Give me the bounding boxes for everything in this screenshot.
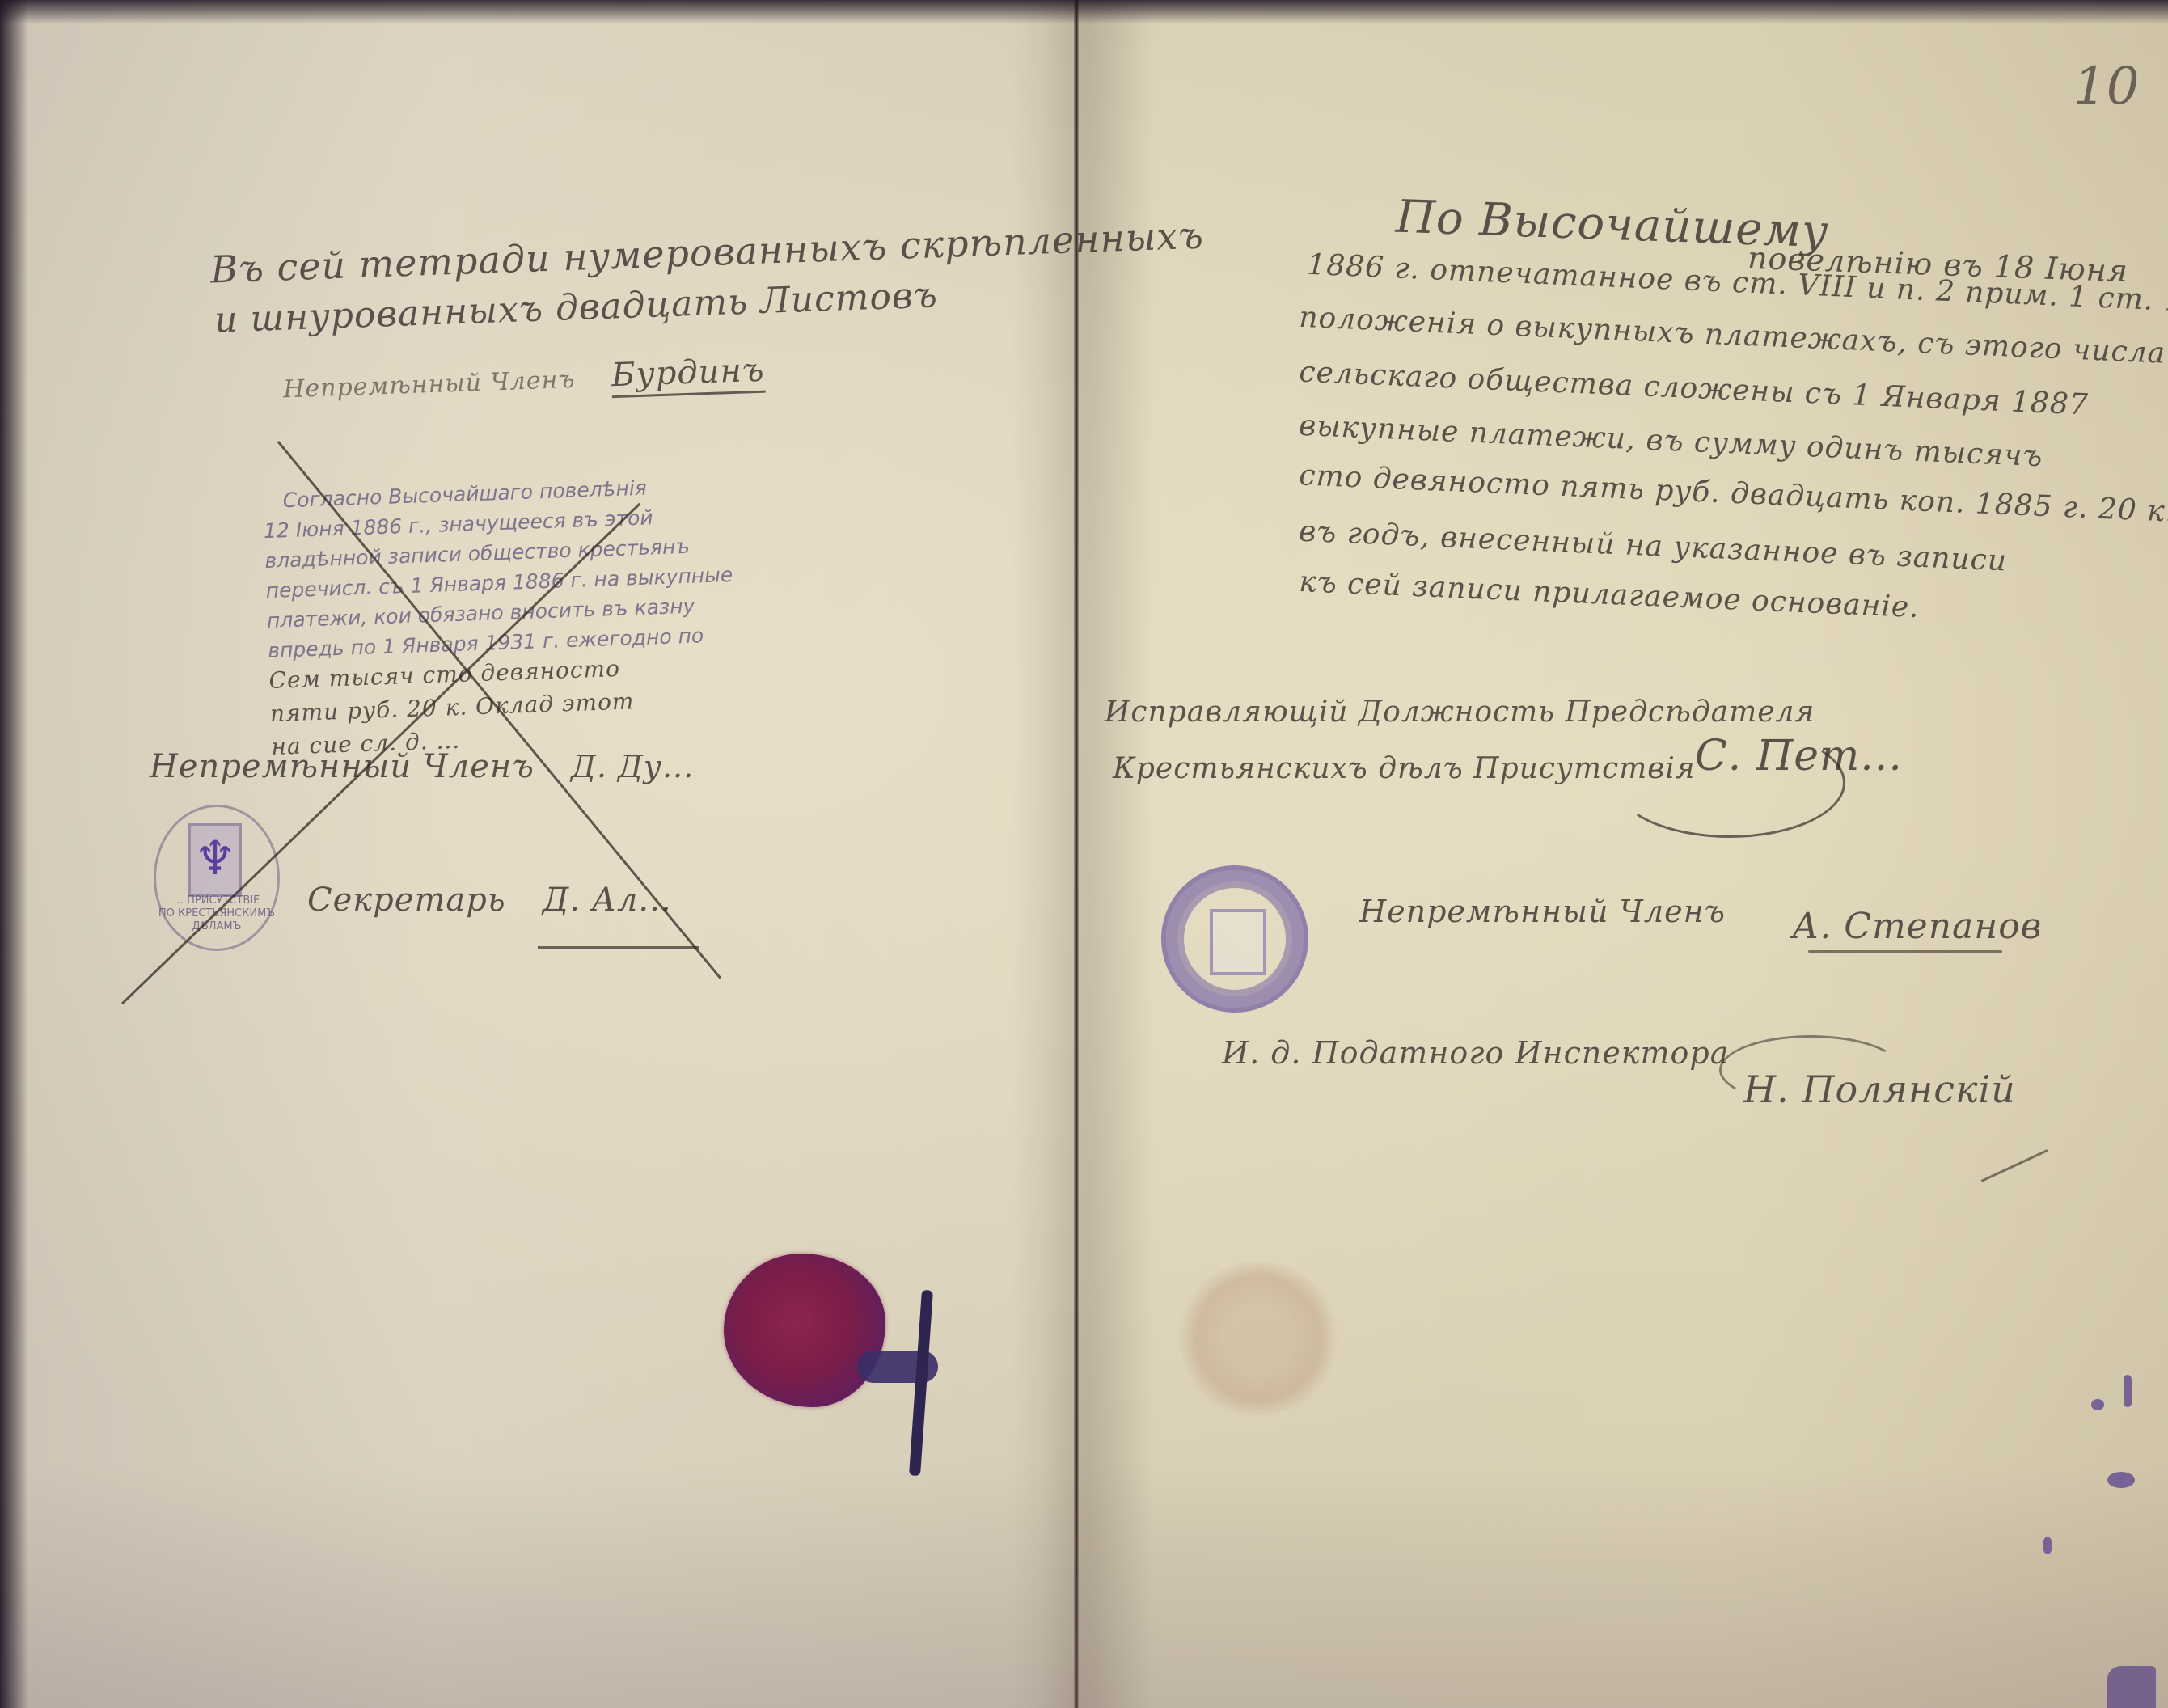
stamp-shield-icon	[1210, 909, 1266, 976]
ledger-spread: Въ сей тетради нумерованныхъ скрѣпленных…	[0, 0, 2168, 1708]
right-member-signature: А. Степанов	[1792, 906, 2042, 947]
right-member-label: Непремѣнный Членъ	[1359, 894, 1726, 929]
left-official-stamp: ♆ ... ПРИСУТСТВІЕ ПО КРЕСТЬЯНСКИМЪ ДѢЛАМ…	[154, 805, 280, 951]
paragraph-line-8: къ сей записи прилагаемое основаніе.	[1298, 565, 1920, 624]
right-official-round-stamp	[1161, 865, 1308, 1013]
page-number: 10	[2073, 57, 2139, 116]
wax-seal	[724, 1254, 885, 1407]
secretary-signature-row: Секретарь Д. Ал...	[307, 881, 672, 919]
secretary-label: Секретарь	[307, 881, 506, 919]
certification-line-1: Въ сей тетради нумерованныхъ скрѣпленных…	[209, 213, 1204, 292]
secretary-signature-underline	[538, 946, 699, 949]
paragraph-line-7: въ годъ, внесенный на указанное въ запис…	[1299, 515, 2008, 578]
binding-cord	[909, 1290, 933, 1476]
faded-seal-impression	[1177, 1262, 1339, 1415]
tax-inspector-signature-flourish	[1719, 1035, 1902, 1105]
coat-of-arms-icon: ♆	[188, 823, 242, 897]
paragraph-line-4: сельскаго общества сложены съ 1 Января 1…	[1299, 356, 2090, 422]
left-member-signature-row: Непремѣнный Членъ Д. Ду...	[150, 748, 694, 785]
certification-signer-label: Непремѣнный Членъ	[283, 366, 576, 404]
certification-signature-block: Непремѣнный Членъ Бурдинъ	[282, 352, 765, 406]
chairman-label-line-1: Исправляющій Должность Предсѣдателя	[1105, 695, 1815, 729]
stamp-legend-line-3: ДѢЛАМЪ	[156, 920, 277, 933]
chairman-signature-flourish	[1614, 728, 1845, 838]
left-member-signature: Д. Ду...	[571, 749, 694, 784]
right-page: 10 По Высочайшему повелѣнію въ 18 Іюня 1…	[1080, 0, 2168, 1708]
right-member-signature-underline	[1808, 950, 2002, 953]
certification-signature: Бурдинъ	[611, 352, 765, 399]
left-member-label: Непремѣнный Членъ	[150, 748, 535, 785]
left-page: Въ сей тетради нумерованныхъ скрѣпленных…	[0, 0, 1076, 1708]
secretary-signature: Д. Ал...	[543, 881, 672, 919]
chairman-label-line-2: Крестьянскихъ дѣлъ Присутствія	[1113, 752, 1696, 785]
tax-inspector-label: И. д. Податного Инспектора	[1222, 1035, 1729, 1071]
printed-stamp-text-block: Согласно Высочайшаго повелѣнія 12 Іюня 1…	[262, 473, 738, 760]
stamp-legend-line-1: ... ПРИСУТСТВІЕ	[156, 894, 277, 907]
tax-inspector-tail-stroke	[1981, 1149, 2048, 1182]
